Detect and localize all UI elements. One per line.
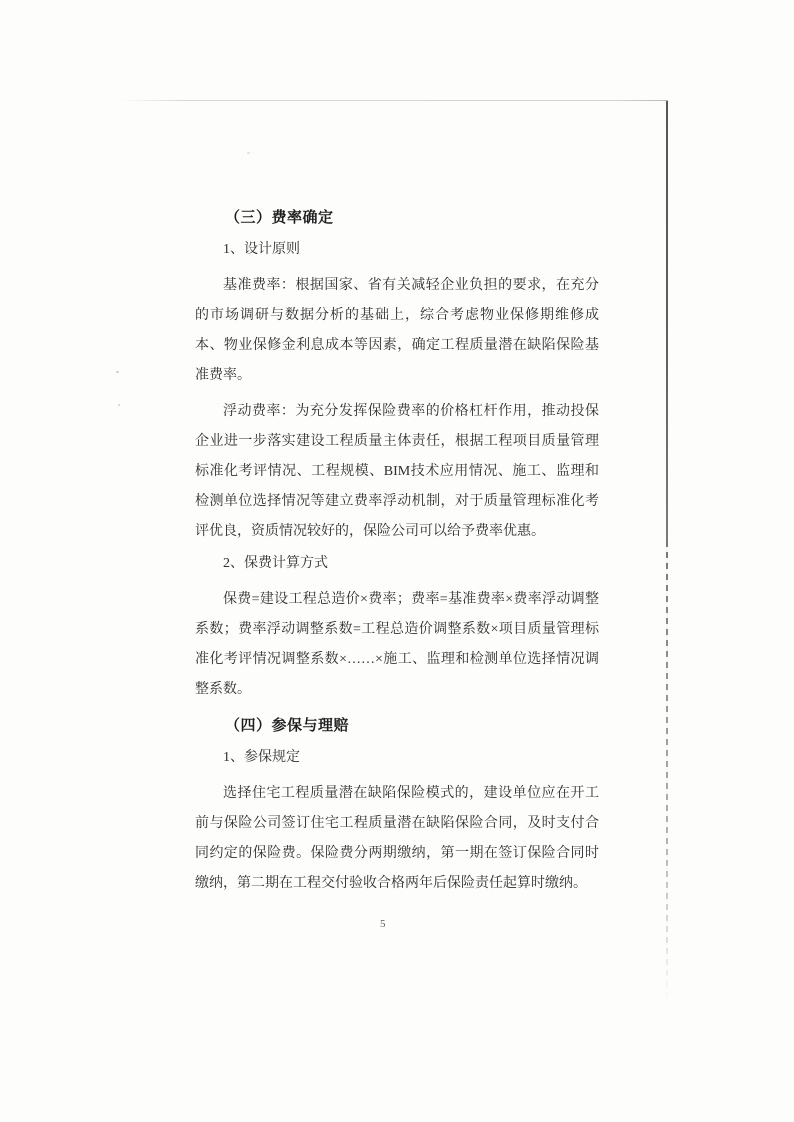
subheading-premium-calculation: 2、保费计算方式: [195, 549, 599, 579]
subheading-insurance-rules: 1、参保规定: [195, 743, 599, 773]
scan-page-edge-right-faded: [666, 541, 668, 1003]
scan-noise-speck: [116, 371, 119, 373]
paragraph-premium-formula: 保费=建设工程总造价×费率；费率=基准费率×费率浮动调整系数；费率浮动调整系数=…: [195, 585, 599, 705]
document-body: （三）费率确定 1、设计原则 基准费率：根据国家、省有关减轻企业负担的要求，在充…: [195, 203, 599, 899]
scan-noise-speck: [118, 404, 120, 406]
paragraph-floating-rate: 浮动费率：为充分发挥保险费率的价格杠杆作用，推动投保企业进一步落实建设工程质量主…: [195, 397, 599, 547]
scan-page-edge-top: [119, 100, 668, 101]
scan-noise-speck: [247, 152, 250, 154]
section-heading-insurance-and-claims: （四）参保与理赔: [195, 711, 599, 741]
page-number: 5: [380, 918, 386, 930]
scan-page-edge-right: [666, 101, 668, 541]
paragraph-insurance-rules: 选择住宅工程质量潜在缺陷保险模式的，建设单位应在开工前与保险公司签订住宅工程质量…: [195, 779, 599, 899]
subheading-design-principles: 1、设计原则: [195, 235, 599, 265]
paragraph-base-rate: 基准费率：根据国家、省有关减轻企业负担的要求，在充分的市场调研与数据分析的基础上…: [195, 271, 599, 391]
section-heading-rate-determination: （三）费率确定: [195, 203, 599, 233]
scanned-page: （三）费率确定 1、设计原则 基准费率：根据国家、省有关减轻企业负担的要求，在充…: [0, 0, 794, 1122]
